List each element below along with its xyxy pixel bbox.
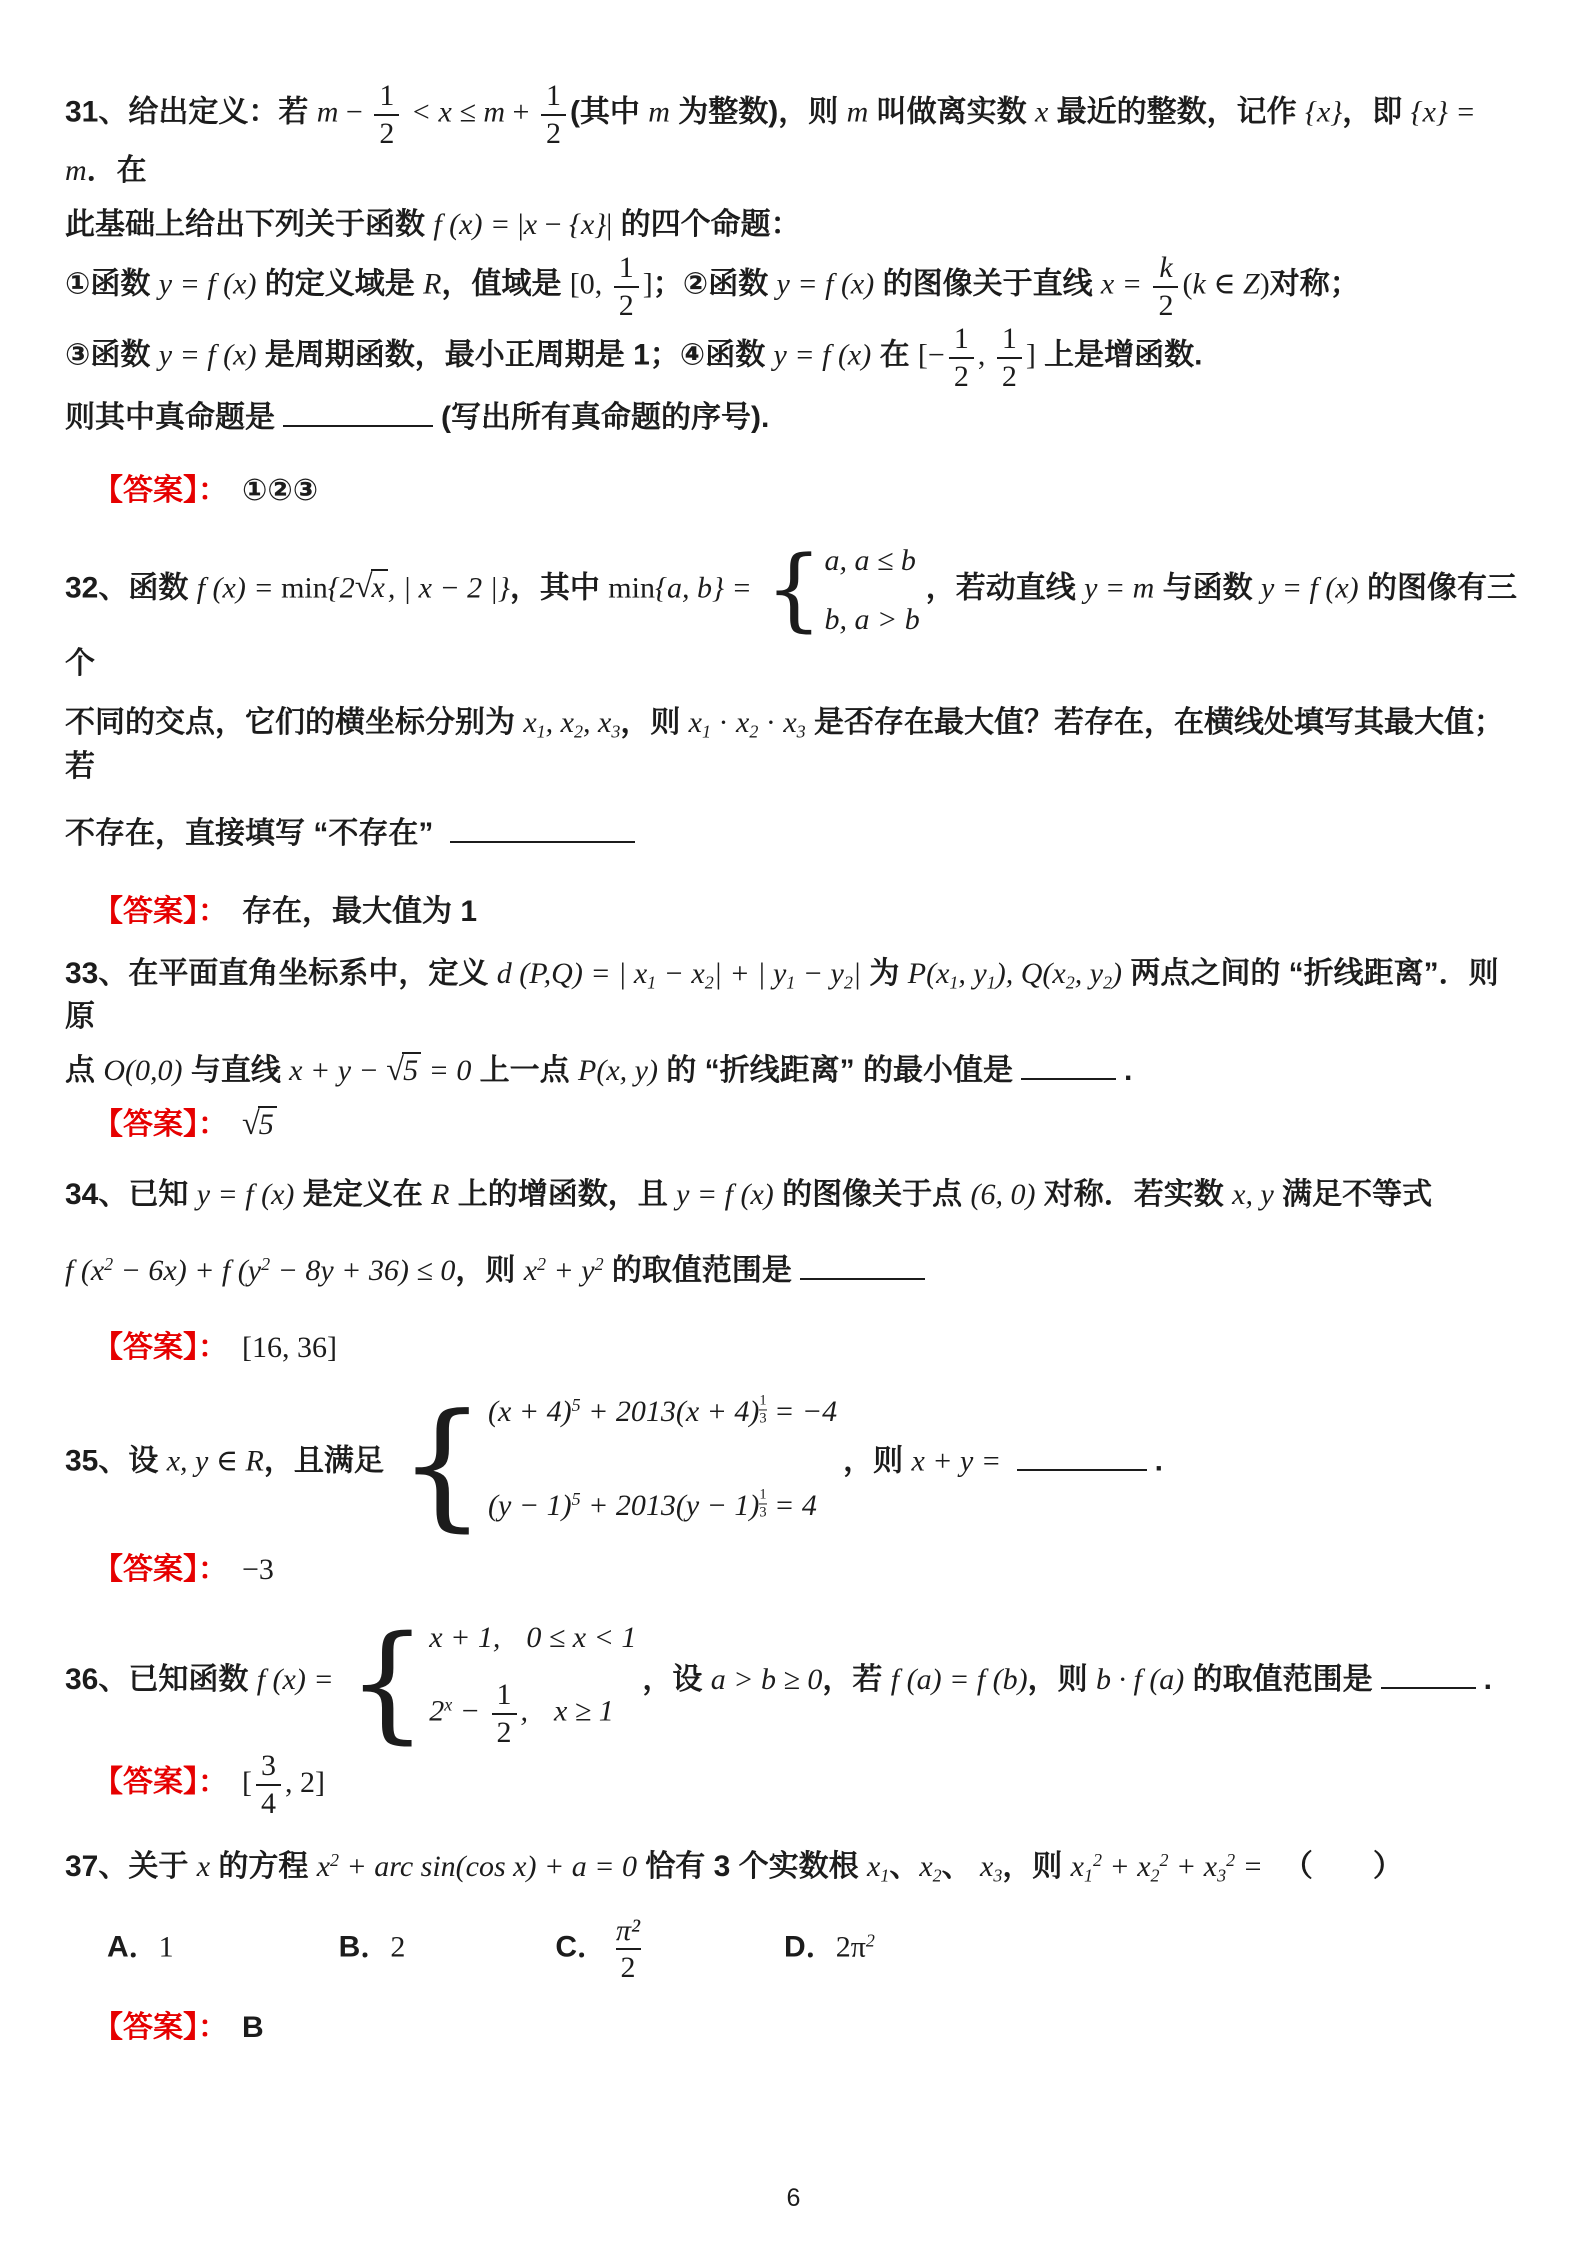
text-run: 36、已知函数: [65, 1663, 257, 1696]
fraction: 12: [997, 323, 1022, 392]
fraction: 12: [374, 80, 399, 149]
cases-group: {x + 1,0 ≤ x < 12x − 12,x ≥ 1: [347, 1616, 636, 1749]
text-run: 在: [871, 338, 918, 371]
math-run: + 2013(y − 1): [581, 1489, 760, 1522]
text-run: 不同的交点，它们的横坐标分别为: [65, 706, 523, 739]
text-run: ，则: [455, 1254, 523, 1287]
math-run: , x: [583, 706, 611, 739]
cases-row: (y − 1)5 + 2013(y − 1)13 = 4: [488, 1484, 837, 1538]
answer-colon: ：: [198, 895, 228, 928]
q35-answer: 【答案】：−3: [93, 1544, 1517, 1588]
text-run: 的定义域是: [256, 267, 423, 300]
subscript: 3: [611, 721, 620, 741]
subscript: 1: [987, 972, 996, 992]
radical: √5: [242, 1108, 277, 1141]
math-run: ), Q(x: [996, 957, 1066, 990]
text-run: 为整数)，则: [670, 95, 847, 128]
text-run: 是周期函数，最小正周期是 1；④函数: [256, 338, 773, 371]
denominator: 2: [374, 114, 399, 150]
math-run: x + y −: [289, 1054, 386, 1087]
math-run: − 8y + 36) ≤ 0: [270, 1254, 455, 1287]
answer-colon: ：: [198, 2011, 228, 2044]
q32-line-1: 32、函数 f (x) = min{2√x, | x − 2 |}，其中 min…: [65, 539, 1517, 686]
page-content: 31、给出定义：若 m − 12 < x ≤ m + 12(其中 m 为整数)，…: [0, 0, 1587, 2046]
roman-run: ∈: [1206, 267, 1243, 300]
math-run: x: [524, 1254, 537, 1287]
q32-line-3: 不存在，直接填写 “不存在”: [65, 812, 1517, 856]
cases-row: 2x − 12,x ≥ 1: [429, 1679, 636, 1748]
roman-run: [16, 36]: [242, 1331, 337, 1364]
q33-answer: 【答案】：√5: [93, 1099, 1517, 1143]
roman-run: , 2]: [285, 1766, 325, 1799]
text-run: 的图像关于点: [774, 1178, 971, 1211]
subscript: 2: [1103, 972, 1112, 992]
answer-colon: ：: [198, 1331, 228, 1364]
math-run: , y: [958, 957, 986, 990]
q36-line-1: 36、已知函数 f (x) = {x + 1,0 ≤ x < 12x − 12,…: [65, 1616, 1517, 1749]
subscript: 3: [797, 721, 806, 741]
numerator: 1: [614, 252, 639, 286]
math-run: |: [853, 957, 861, 990]
subscript: 2: [705, 972, 714, 992]
math-run: x: [980, 1850, 993, 1883]
math-run: − x: [656, 957, 705, 990]
text-run: ，即: [1342, 95, 1410, 128]
text-run: C．: [555, 1930, 607, 1963]
subscript: 1: [1084, 1866, 1093, 1886]
blank-line: [1021, 1052, 1116, 1080]
text-run: 、: [942, 1850, 980, 1883]
text-run: ①②③: [242, 474, 318, 507]
text-run: B．: [339, 1930, 391, 1963]
superscript: 2: [330, 1850, 339, 1870]
numerator: 3: [256, 1750, 281, 1784]
q31-line-1: 31、给出定义：若 m − 12 < x ≤ m + 12(其中 m 为整数)，…: [65, 80, 1517, 193]
text-run: 点: [65, 1054, 103, 1087]
blank-line: [1381, 1662, 1476, 1690]
radical: √5: [386, 1054, 421, 1087]
numerator: 1: [374, 80, 399, 114]
q34-line-2: f (x2 − 6x) + f (y2 − 8y + 36) ≤ 0，则 x2 …: [65, 1249, 1517, 1293]
q35-line-1: 35、设 x, y ∈ R，且满足 {(x + 4)5 + 2013(x + 4…: [65, 1390, 1517, 1537]
math-run: , y: [1075, 957, 1103, 990]
math-run: x: [1071, 1850, 1084, 1883]
math-run: − y: [795, 957, 844, 990]
answer-colon: ：: [198, 474, 228, 507]
cases-row: a, a ≤ b: [824, 539, 919, 583]
math-run: ): [1112, 957, 1122, 990]
q37-options: A．1B．2C．π²2D．2π2: [65, 1915, 1517, 1984]
superscript: 2: [261, 1254, 270, 1274]
denominator: 4: [256, 1784, 281, 1820]
superscript: 2: [1093, 1850, 1102, 1870]
numerator: 1: [997, 323, 1022, 357]
blank-line: [450, 816, 635, 844]
superscript: 2: [1160, 1850, 1169, 1870]
q32-answer: 【答案】：存在，最大值为 1: [93, 886, 1517, 930]
text-run: 32、函数: [65, 571, 197, 604]
cases-row: b, a > b: [824, 598, 919, 642]
math-run: d (P,Q) = | x: [497, 957, 647, 990]
text-run: ，其中: [510, 571, 608, 604]
math-run: P(x, y): [578, 1054, 658, 1087]
text-run: 存在，最大值为 1: [242, 895, 477, 928]
q37-answer: 【答案】：B: [93, 2002, 1517, 2046]
answer-colon: ：: [198, 1108, 228, 1141]
numerator: 1: [759, 1394, 766, 1410]
numerator: 1: [949, 323, 974, 357]
math-run: f (x) =: [197, 571, 281, 604]
text-run: 是定义在: [294, 1178, 431, 1211]
radicand: 5: [258, 1106, 277, 1141]
superscript: 5: [572, 1489, 581, 1509]
math-run: x, y ∈ R: [167, 1445, 264, 1478]
math-run: P(x: [908, 957, 950, 990]
math-run: m: [317, 95, 339, 128]
answer-label: 【答案】: [93, 1766, 198, 1799]
math-run: m: [648, 95, 670, 128]
math-run: x =: [1101, 267, 1150, 300]
math-run: + y: [546, 1254, 595, 1287]
math-run: x + y =: [911, 1445, 1008, 1478]
cases-row: (x + 4)5 + 2013(x + 4)13 = −4: [488, 1390, 837, 1444]
text-run: 最近的整数，记作: [1048, 95, 1305, 128]
denominator: 2: [614, 286, 639, 322]
text-run: ，则: [1002, 1850, 1070, 1883]
document-page: 31、给出定义：若 m − 12 < x ≤ m + 12(其中 m 为整数)，…: [0, 0, 1587, 2245]
q31-line-2: 此基础上给出下列关于函数 f (x) = |x − {x}| 的四个命题：: [65, 203, 1517, 247]
subscript: 3: [993, 1866, 1002, 1886]
superscript: 2: [866, 1930, 875, 1950]
subscript: 2: [1066, 972, 1075, 992]
radical-sign: √: [355, 569, 373, 605]
text-run: ①函数: [65, 267, 159, 300]
text-run: A．: [107, 1930, 159, 1963]
blank-line: [283, 400, 433, 428]
roman-run: +: [505, 95, 537, 128]
math-run: f (x) =: [433, 208, 517, 241]
roman-run: [: [242, 1766, 252, 1799]
answer-colon: ：: [198, 1553, 228, 1586]
math-run: x: [919, 1850, 932, 1883]
subscript: 2: [749, 721, 758, 741]
q33-line-1: 33、在平面直角坐标系中，定义 d (P,Q) = | x1 − x2| + |…: [65, 952, 1517, 1039]
text-run: 上是增函数.: [1036, 338, 1203, 371]
math-run: , x: [546, 706, 574, 739]
text-run: 为: [861, 957, 908, 990]
text-run: 对称；: [1270, 267, 1360, 300]
math-run: + x: [1102, 1850, 1151, 1883]
roman-run: −: [338, 95, 370, 128]
numerator: 1: [759, 1488, 766, 1504]
math-run: {x}: [1305, 95, 1342, 128]
text-run: 的四个命题：: [612, 208, 800, 241]
roman-run: ·: [758, 706, 783, 739]
text-run: (写出所有真命题的序号).: [441, 401, 769, 434]
subscript: 1: [702, 721, 711, 741]
text-run: ，则: [1028, 1663, 1096, 1696]
text-run: ，若: [822, 1663, 890, 1696]
roman-run: ,: [978, 338, 993, 371]
denominator: 2: [616, 1948, 641, 1984]
math-run: a > b ≥ 0: [711, 1663, 823, 1696]
roman-run: ): [1260, 267, 1270, 300]
exponent-fraction: 13: [759, 1394, 766, 1428]
text-run: 35、设: [65, 1445, 167, 1478]
math-run: y = f (x): [159, 267, 257, 300]
math-run: < x ≤ m: [403, 95, 505, 128]
answer-content: ①②③: [242, 474, 318, 507]
fraction: 34: [256, 1750, 281, 1819]
denominator: 2: [1153, 286, 1178, 322]
text-run: 恰有 3 个实数根: [637, 1850, 867, 1883]
text-run: ；②函数: [653, 267, 777, 300]
text-run: ，且满足: [264, 1445, 392, 1478]
math-run: {2: [328, 571, 355, 604]
math-run: x + 1,: [429, 1621, 500, 1654]
roman-run: ]: [1026, 338, 1036, 371]
radicand: x: [371, 569, 388, 604]
math-run: y = m: [1084, 571, 1154, 604]
text-run: 、: [889, 1850, 919, 1883]
denominator: 3: [759, 1410, 766, 1428]
radical: √x: [355, 571, 388, 604]
subscript: 1: [647, 972, 656, 992]
math-run: y = f (x): [777, 267, 875, 300]
math-run: x: [197, 1850, 210, 1883]
subscript: 2: [844, 972, 853, 992]
math-run: f (x: [65, 1254, 104, 1287]
math-run: ,: [521, 1695, 529, 1728]
fraction: π²2: [611, 1915, 645, 1984]
roman-run: min: [281, 571, 328, 604]
text-run: .: [1124, 1054, 1132, 1087]
text-run: 上的增函数，且: [449, 1178, 676, 1211]
superscript: 5: [572, 1396, 581, 1416]
math-run: {x}: [569, 208, 606, 241]
roman-run: ]: [643, 267, 653, 300]
math-run: f (a) = f (b): [891, 1663, 1028, 1696]
text-run: ③函数: [65, 338, 159, 371]
math-run: f (x) =: [257, 1663, 341, 1696]
answer-content: −3: [242, 1553, 274, 1586]
math-run: b, a > b: [824, 603, 919, 636]
math-run: y = f (x): [676, 1178, 774, 1211]
text-run: ．在: [87, 154, 147, 187]
cases-rows: a, a ≤ bb, a > b: [824, 539, 919, 642]
superscript: 2: [1226, 1850, 1235, 1870]
math-run: Z: [1243, 267, 1260, 300]
answer-label: 【答案】: [93, 1331, 198, 1364]
math-run: x, y: [1232, 1178, 1274, 1211]
fraction: k2: [1153, 252, 1178, 321]
left-brace: {: [347, 1629, 427, 1736]
q36-answer: 【答案】：[34, 2]: [93, 1750, 1517, 1819]
math-run: k: [1192, 267, 1205, 300]
q32-line-2: 不同的交点，它们的横坐标分别为 x1, x2, x3，则 x1 · x2 · x…: [65, 701, 1517, 788]
math-run: − 6x) + f (y: [113, 1254, 261, 1287]
roman-run: [0,: [570, 267, 610, 300]
q31-line-3: ①函数 y = f (x) 的定义域是 R，值域是 [0, 12]；②函数 y …: [65, 252, 1517, 321]
math-run: O(0,0): [103, 1054, 182, 1087]
math-run: R: [423, 267, 441, 300]
math-run: = 4: [767, 1489, 817, 1522]
exponent-fraction: 13: [759, 1488, 766, 1522]
math-run: m: [847, 95, 869, 128]
q31-line-4: ③函数 y = f (x) 是周期函数，最小正周期是 1；④函数 y = f (…: [65, 323, 1517, 392]
math-run: (6, 0): [970, 1178, 1035, 1211]
math-run: b · f (a): [1096, 1663, 1184, 1696]
math-run: x: [783, 706, 796, 739]
denominator: 3: [759, 1503, 766, 1521]
roman-run: 2: [390, 1930, 405, 1963]
answer-label: 【答案】: [93, 895, 198, 928]
math-run: −: [452, 1695, 487, 1728]
cases-rows: x + 1,0 ≤ x < 12x − 12,x ≥ 1: [429, 1616, 636, 1749]
blank-line: [1017, 1444, 1147, 1472]
radicand: 5: [402, 1052, 421, 1087]
text-run: （ ）: [1283, 1850, 1403, 1883]
text-run: ，若动直线: [926, 571, 1084, 604]
answer-content: [16, 36]: [242, 1331, 337, 1364]
answer-content: 存在，最大值为 1: [242, 895, 477, 928]
math-run: x: [524, 208, 537, 241]
answer-label: 【答案】: [93, 474, 198, 507]
answer-content: √5: [242, 1108, 277, 1141]
text-run: 的 “折线距离” 的最小值是: [658, 1054, 1013, 1087]
superscript: 2: [104, 1254, 113, 1274]
text-run: .: [1155, 1445, 1163, 1478]
math-run: =: [1235, 1850, 1263, 1883]
text-run: 不存在，直接填写 “不存在”: [65, 817, 442, 850]
math-run: (x + 4): [488, 1395, 572, 1428]
math-run: x: [689, 706, 702, 739]
denominator: 2: [997, 357, 1022, 393]
fraction: 12: [541, 80, 566, 149]
text-run: 叫做离实数: [868, 95, 1035, 128]
math-run: (y − 1): [488, 1489, 572, 1522]
text-run: 对称．若实数: [1035, 1178, 1232, 1211]
math-run: y = f (x): [197, 1178, 295, 1211]
math-run: y = f (x): [774, 338, 872, 371]
text-run: 的取值范围是: [604, 1254, 792, 1287]
text-run: 与直线: [183, 1054, 290, 1087]
math-run: , | x − 2 |}: [388, 571, 510, 604]
roman-run: 2π: [836, 1930, 866, 1963]
answer-label: 【答案】: [93, 1108, 198, 1141]
math-run: a, a ≤ b: [824, 544, 915, 577]
subscript: 2: [933, 1866, 942, 1886]
answer-content: B: [242, 2011, 264, 2044]
math-run: {a, b} =: [655, 571, 759, 604]
q34-line-1: 34、已知 y = f (x) 是定义在 R 上的增函数，且 y = f (x)…: [65, 1173, 1517, 1217]
text-run: .: [1484, 1663, 1492, 1696]
cases-group: {(x + 4)5 + 2013(x + 4)13 = −4(y − 1)5 +…: [398, 1390, 837, 1537]
numerator: 1: [492, 1679, 517, 1713]
math-run: + x: [1169, 1850, 1218, 1883]
roman-run: ·: [711, 706, 736, 739]
math-run: x: [867, 1850, 880, 1883]
math-run: x ≥ 1: [554, 1695, 614, 1728]
denominator: 2: [492, 1713, 517, 1749]
text-run: 34、已知: [65, 1178, 197, 1211]
numerator: π²: [611, 1915, 645, 1949]
left-brace: {: [398, 1406, 486, 1523]
text-run: 37、关于: [65, 1850, 197, 1883]
subscript: 2: [1151, 1866, 1160, 1886]
answer-content: [34, 2]: [242, 1766, 325, 1799]
text-run: 31、给出定义：若: [65, 95, 317, 128]
math-run: 0 ≤ x < 1: [526, 1621, 636, 1654]
q31-answer: 【答案】：①②③: [93, 465, 1517, 509]
text-run: 则其中真命题是: [65, 401, 275, 434]
math-run: R: [431, 1178, 449, 1211]
math-run: + 2013(x + 4): [581, 1395, 760, 1428]
cases-group: {a, a ≤ bb, a > b: [765, 539, 920, 642]
page-number: 6: [0, 2184, 1587, 2213]
subscript: 2: [574, 721, 583, 741]
subscript: 3: [1217, 1866, 1226, 1886]
fraction: 12: [614, 252, 639, 321]
q37-line-1: 37、关于 x 的方程 x2 + arc sin(cos x) + a = 0 …: [65, 1845, 1517, 1889]
text-run: 满足不等式: [1274, 1178, 1432, 1211]
roman-run: min: [608, 571, 655, 604]
q34-answer: 【答案】：[16, 36]: [93, 1322, 1517, 1366]
subscript: 1: [537, 721, 546, 741]
math-run: x: [523, 706, 536, 739]
denominator: 2: [949, 357, 974, 393]
text-run: ，则: [620, 706, 688, 739]
text-run: B: [242, 2011, 264, 2044]
math-run: 2: [429, 1695, 444, 1728]
math-run: x: [1035, 95, 1048, 128]
subscript: 1: [786, 972, 795, 992]
fraction: 12: [949, 323, 974, 392]
roman-run: −3: [242, 1553, 274, 1586]
math-run: x: [317, 1850, 330, 1883]
fraction: 12: [492, 1679, 517, 1748]
math-run: x: [736, 706, 749, 739]
text-run: ，值域是: [441, 267, 569, 300]
q31-line-5: 则其中真命题是(写出所有真命题的序号).: [65, 396, 1517, 440]
text-run: (其中: [570, 95, 648, 128]
text-run: 与函数: [1154, 571, 1261, 604]
answer-label: 【答案】: [93, 1553, 198, 1586]
blank-line: [800, 1252, 925, 1280]
text-run: 的方程: [210, 1850, 317, 1883]
q33-line-2: 点 O(0,0) 与直线 x + y − √5 = 0 上一点 P(x, y) …: [65, 1047, 1517, 1094]
text-run: D．: [784, 1930, 836, 1963]
math-run: | + | y: [714, 957, 787, 990]
math-run: y = f (x): [1261, 571, 1359, 604]
math-run: + arc sin(cos x) + a = 0: [339, 1850, 637, 1883]
text-run: 33、在平面直角坐标系中，定义: [65, 957, 497, 990]
text-run: 的取值范围是: [1184, 1663, 1372, 1696]
answer-label: 【答案】: [93, 2011, 198, 2044]
numerator: 1: [541, 80, 566, 114]
text-run: ，设: [642, 1663, 710, 1696]
math-run: = 0: [421, 1054, 471, 1087]
math-run: y = f (x): [159, 338, 257, 371]
denominator: 2: [541, 114, 566, 150]
superscript: 2: [537, 1254, 546, 1274]
text-run: 上一点: [471, 1054, 578, 1087]
roman-run: 1: [159, 1930, 174, 1963]
superscript: 2: [595, 1254, 604, 1274]
cases-rows: (x + 4)5 + 2013(x + 4)13 = −4(y − 1)5 + …: [488, 1390, 837, 1537]
text-run: 此基础上给出下列关于函数: [65, 208, 433, 241]
answer-colon: ：: [198, 1766, 228, 1799]
